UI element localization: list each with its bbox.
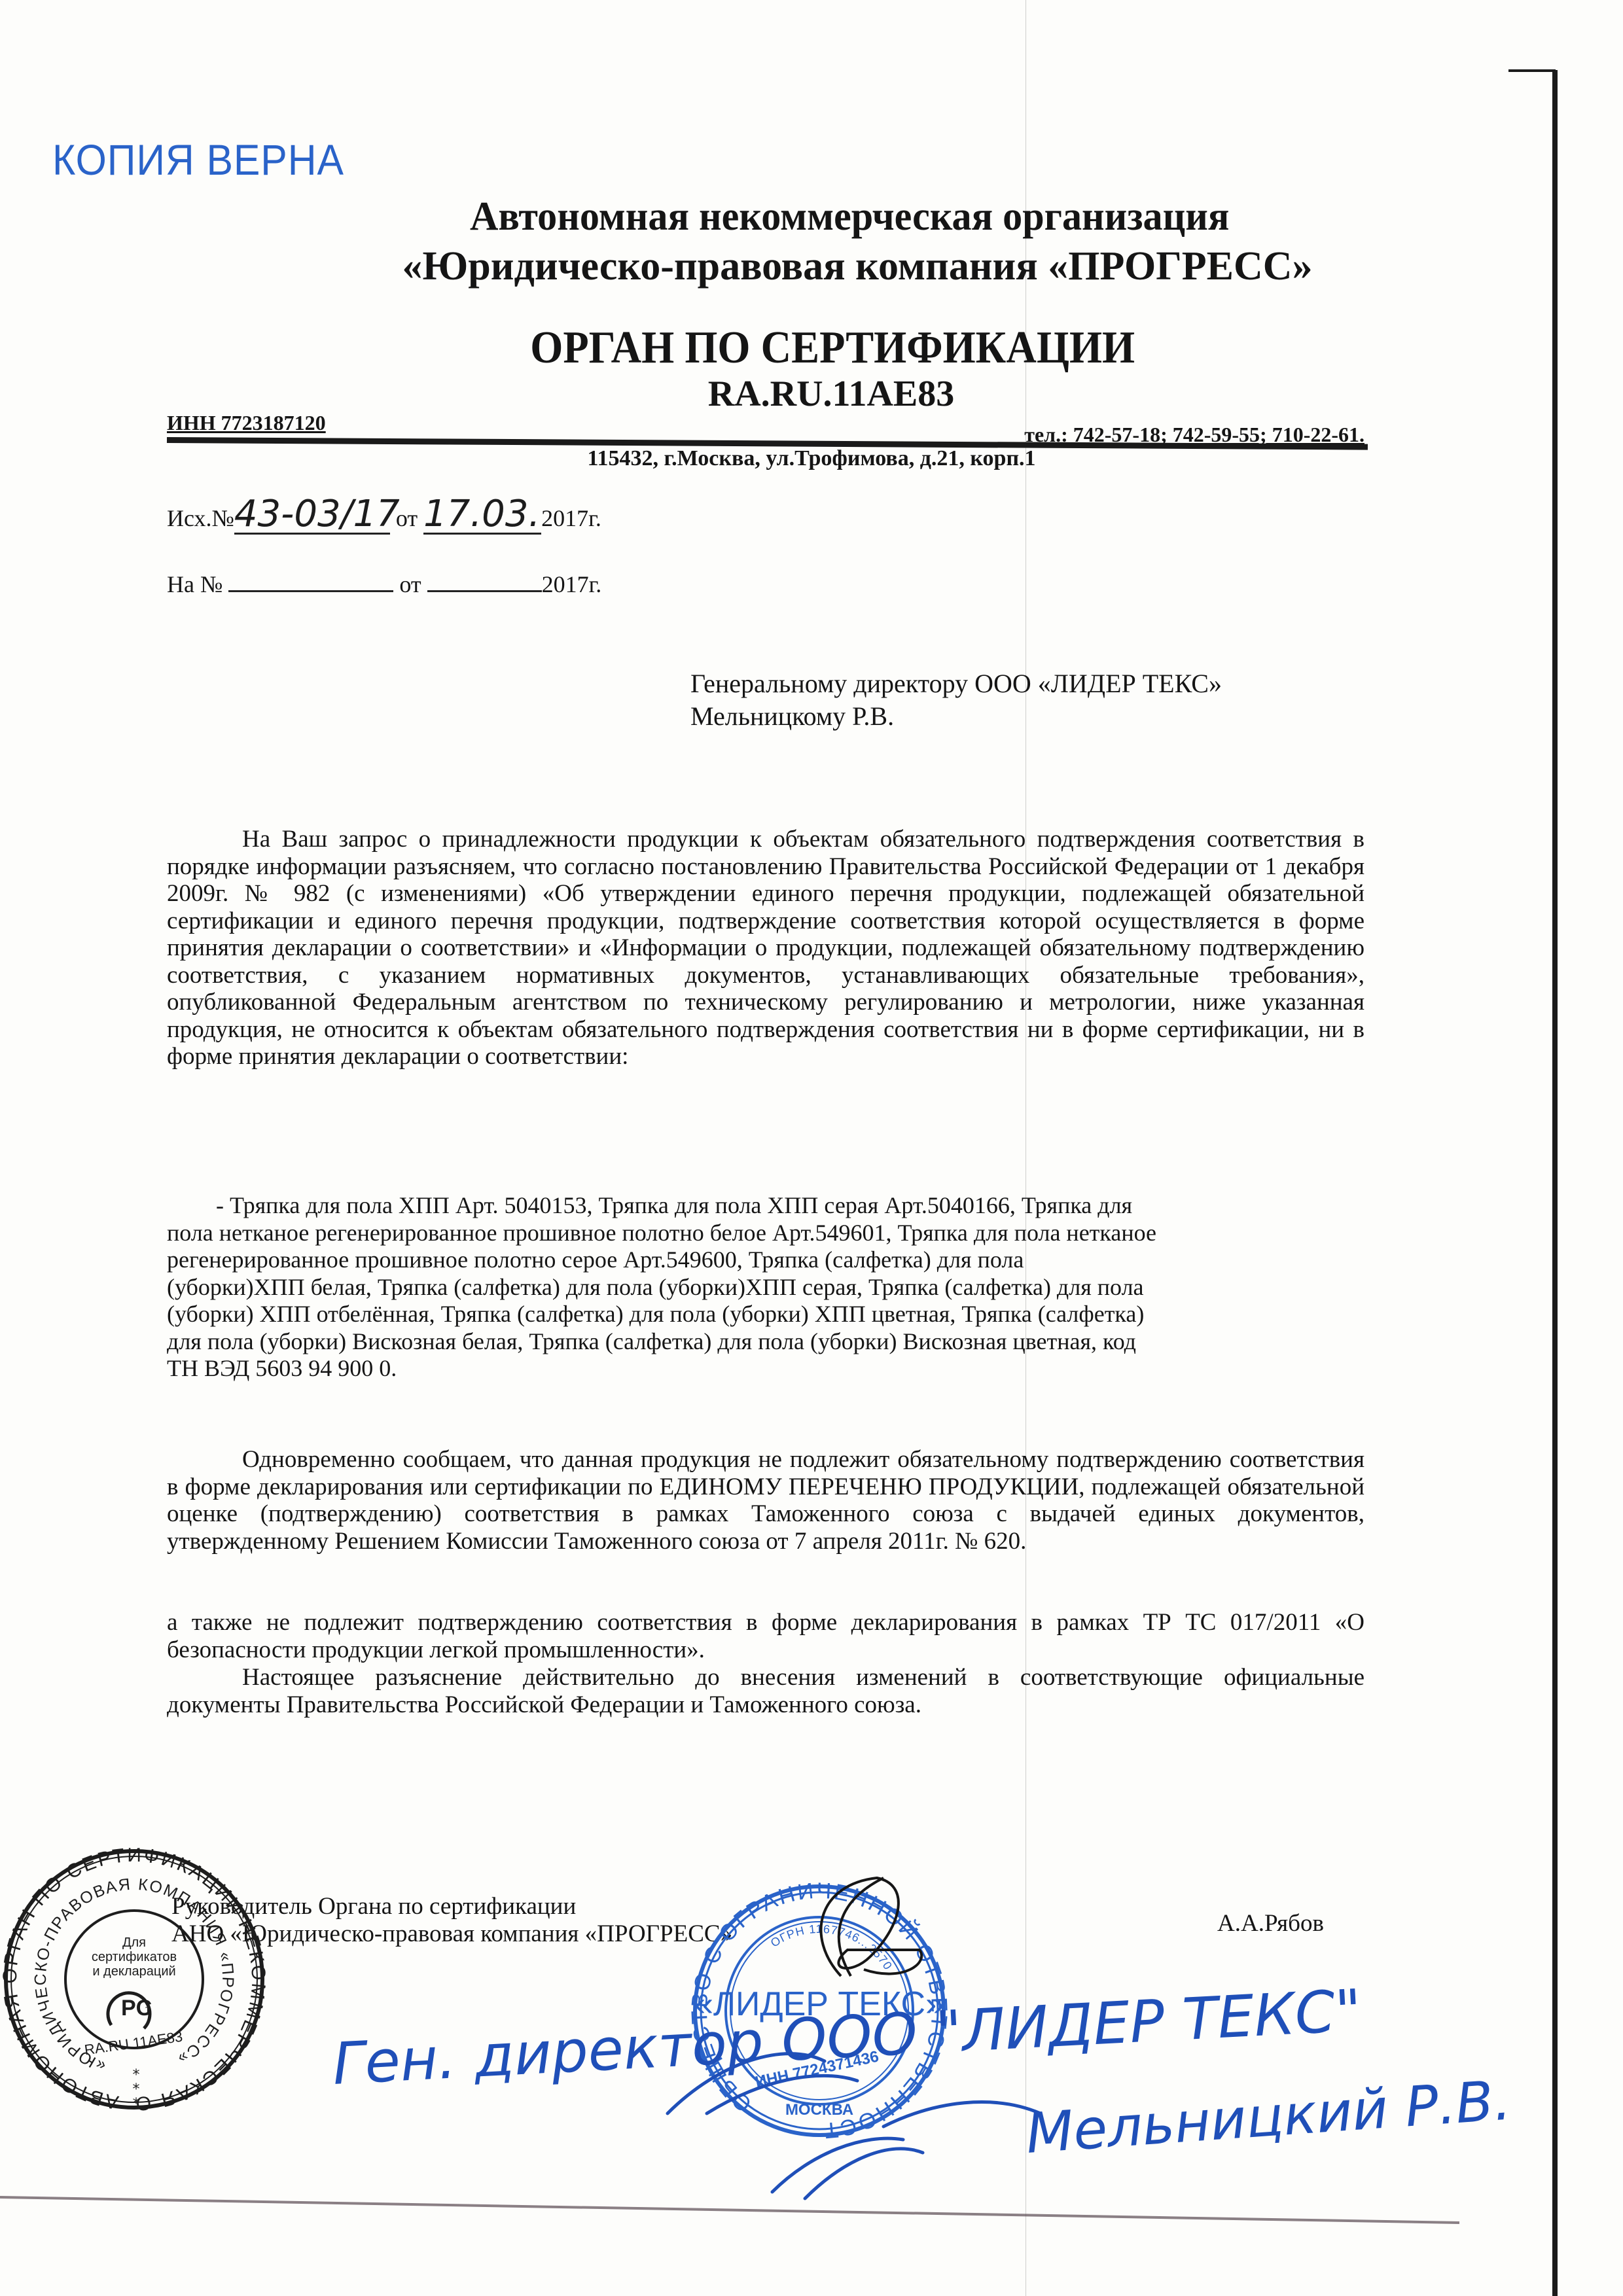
svg-text:АВТОНОМНАЯ ОРГАН ПО СЕРТИФИКАЦ: АВТОНОМНАЯ ОРГАН ПО СЕРТИФИКАЦИИ НЕКОММЕ… [0, 0, 269, 2114]
handwritten-line2: Мельницкий Р.В. [1024, 2068, 1513, 2166]
svg-text:ОБЩЕСТВО С ОГРАНИЧЕННОЙ ОТВЕТС: ОБЩЕСТВО С ОГРАНИЧЕННОЙ ОТВЕТСТВЕННОСТЬЮ [0, 0, 952, 2143]
rst-logo-icon: PC т [108, 1993, 152, 2028]
cert-stamp-outer-text: АВТОНОМНАЯ ОРГАН ПО СЕРТИФИКАЦИИ НЕКОММЕ… [0, 0, 269, 2114]
svg-text:*: * [133, 2096, 140, 2112]
cert-stamp-center-1: Для [122, 1935, 146, 1950]
cert-stamp-code: RA.RU.11AE83 [83, 2028, 183, 2058]
stamps-overlay: АВТОНОМНАЯ ОРГАН ПО СЕРТИФИКАЦИИ НЕКОММЕ… [0, 0, 1623, 2296]
company-stamp-city: МОСКВА [785, 2101, 853, 2119]
svg-text:т: т [145, 2004, 151, 2015]
cert-stamp-center-2: сертификатов [92, 1950, 177, 1964]
cert-stamp-center-3: и деклараций [92, 1964, 175, 1979]
company-stamp-outer-text: ОБЩЕСТВО С ОГРАНИЧЕННОЙ ОТВЕТСТВЕННОСТЬЮ [0, 0, 952, 2143]
certification-stamp: АВТОНОМНАЯ ОРГАН ПО СЕРТИФИКАЦИИ НЕКОММЕ… [0, 0, 269, 2114]
company-stamp: ОБЩЕСТВО С ОГРАНИЧЕННОЙ ОТВЕТСТВЕННОСТЬЮ… [0, 0, 952, 2143]
scan-artifact-line [0, 2197, 1459, 2223]
